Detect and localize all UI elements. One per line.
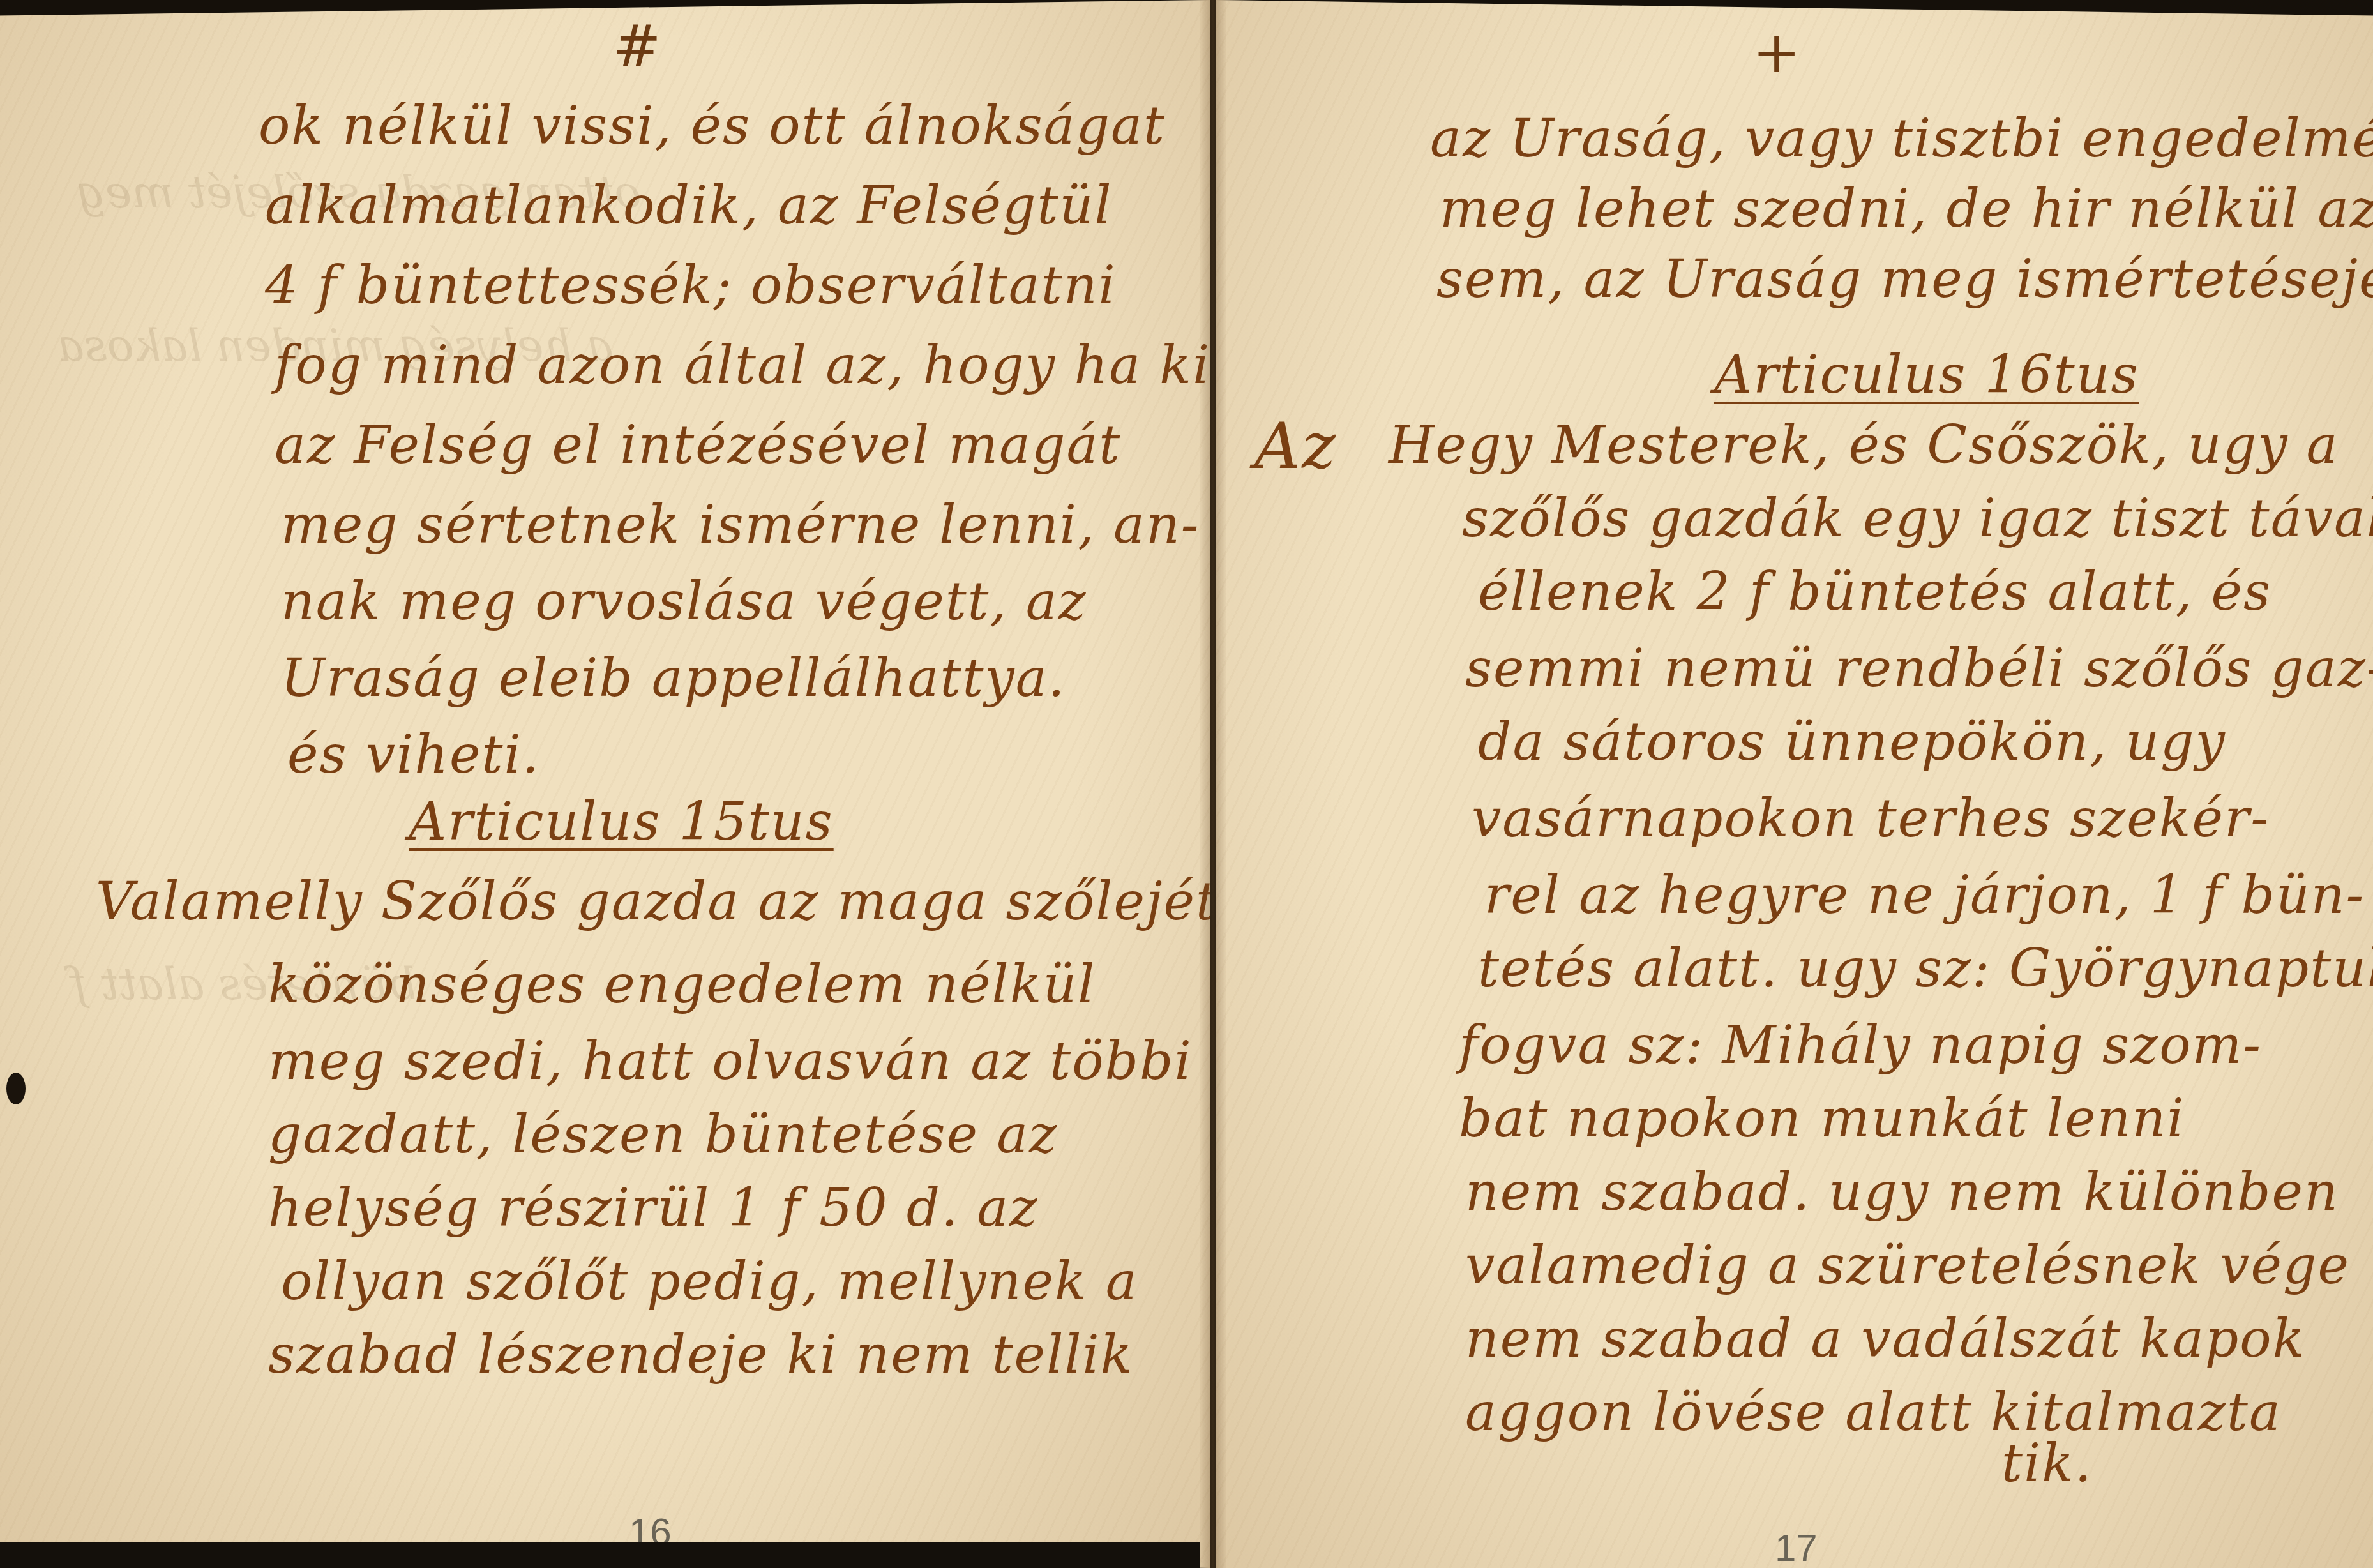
text-line: vasárnapokon terhes szekér- <box>1472 788 2270 849</box>
text-line: közönséges engedelem nélkül <box>268 954 1096 1015</box>
background-edge <box>0 1542 1200 1568</box>
text-line: fog mind azon által az, hogy ha ki <box>275 335 1210 396</box>
text-line: nak meg orvoslása végett, az <box>281 571 1087 632</box>
text-line: meg sértetnek ismérne lenni, an- <box>281 495 1200 555</box>
text-line: semmi nemü rendbéli szőlős gaz- <box>1465 638 2373 699</box>
text-line: helység részirül 1 f 50 d. az <box>268 1178 1038 1239</box>
text-line: valamedig a szüretelésnek vége <box>1465 1235 2350 1296</box>
article-heading: Articulus 16tus <box>1714 345 2139 405</box>
text-line: éllenek 2 f büntetés alatt, és <box>1478 562 2271 622</box>
text-line: tetés alatt. ugy sz: Györgynaptul <box>1478 939 2373 999</box>
text-line: aggon lövése alatt kitalmazta <box>1465 1382 2282 1443</box>
text-line: Uraság eleib appellálhattya. <box>281 648 1066 709</box>
text-line: gazdatt, lészen büntetése az <box>268 1104 1058 1165</box>
page-number: 17 <box>1775 1526 1818 1568</box>
page-marker-right: + <box>1752 19 1800 86</box>
text-line: ok nélkül vissi, és ott álnokságat <box>259 96 1166 156</box>
text-line: nem szabad a vadálszát kapok <box>1465 1309 2305 1369</box>
page-marker-left: # <box>613 13 661 80</box>
text-line: sem, az Uraság meg ismértetésejéré <box>1436 249 2373 310</box>
text-line: bat napokon munkát lenni <box>1459 1089 2185 1149</box>
text-line: Valamelly Szőlős gazda az maga szőlejét … <box>96 871 1210 932</box>
text-line: szőlős gazdák egy igaz tiszt tával <box>1462 488 2373 549</box>
margin-note: Az <box>1254 409 1337 483</box>
text-line: meg lehet szedni, de hir nélkül az <box>1440 179 2373 239</box>
text-line: és viheti. <box>287 725 540 785</box>
text-line: Hegy Mesterek, és Csőszök, ugy a <box>1389 415 2339 476</box>
right-page: + az Uraság, vagy tisztbi engedelmék meg… <box>1216 0 2373 1568</box>
text-line: az Felség el intézésével magát <box>275 415 1121 476</box>
text-line: 4 f büntettessék; observáltatni <box>265 255 1117 316</box>
text-line: nem szabad. ugy nem különben <box>1465 1162 2339 1223</box>
text-line: da sátoros ünnepökön, ugy <box>1478 712 2226 773</box>
text-line: meg szedi, hatt olvasván az többi <box>268 1031 1193 1092</box>
text-line: tik. <box>2001 1433 2093 1494</box>
text-line: az Uraság, vagy tisztbi engedelmék <box>1430 109 2373 169</box>
text-line: rel az hegyre ne járjon, 1 f bün- <box>1484 865 2365 926</box>
left-page: ottan gazda szőlejét meg a helység minde… <box>0 0 1210 1568</box>
ink-blot <box>6 1073 26 1104</box>
text-line: ollyan szőlőt pedig, mellynek a <box>281 1251 1138 1312</box>
manuscript-spread: ottan gazda szőlejét meg a helység minde… <box>0 0 2373 1568</box>
article-heading: Articulus 15tus <box>409 792 834 852</box>
text-line: alkalmatlankodik, az Felségtül <box>265 176 1112 236</box>
book-gutter <box>1200 0 1226 1568</box>
text-line: fogva sz: Mihály napig szom- <box>1459 1015 2262 1076</box>
text-line: szabad lészendeje ki nem tellik <box>268 1325 1134 1385</box>
